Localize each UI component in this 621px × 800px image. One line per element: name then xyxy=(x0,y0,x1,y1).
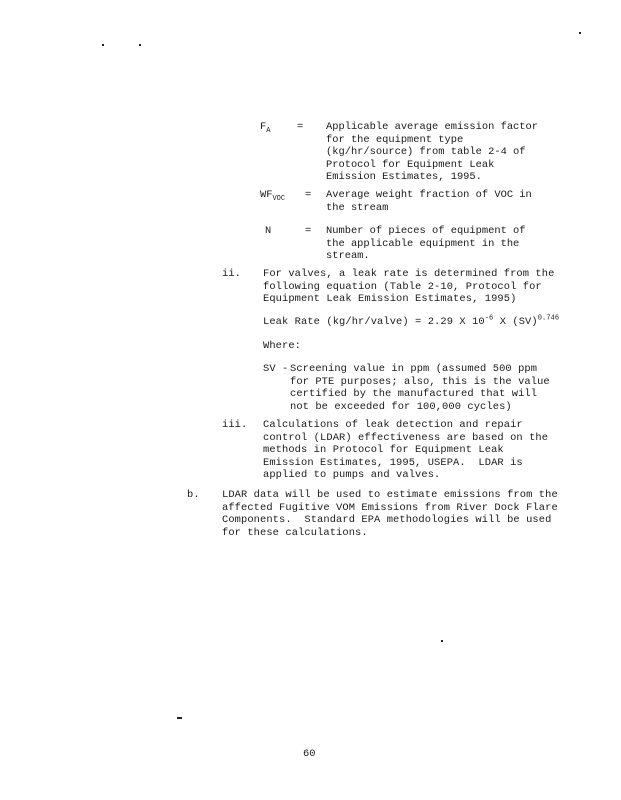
paragraph-valves: For valves, a leak rate is determined fr… xyxy=(263,268,554,306)
definition-equals: = xyxy=(305,225,311,238)
definition-text-n: Number of pieces of equipment ofthe appl… xyxy=(326,225,526,263)
paragraph-ldar: Calculations of leak detection and repai… xyxy=(263,419,548,482)
definition-symbol-n: N xyxy=(265,225,271,238)
scan-speck xyxy=(579,32,581,34)
where-label: Where: xyxy=(263,340,301,353)
definition-text-wfvoc: Average weight fraction of VOC inthe str… xyxy=(326,189,532,214)
scan-speck xyxy=(102,44,104,46)
paragraph-ldar-data: LDAR data will be used to estimate emiss… xyxy=(222,489,558,539)
list-marker-b: b. xyxy=(187,489,200,502)
definition-symbol-wfvoc: WFVOC xyxy=(260,189,285,202)
definition-equals: = xyxy=(297,121,303,134)
leak-rate-equation: Leak Rate (kg/hr/valve) = 2.29 X 10-6 X … xyxy=(263,316,559,329)
list-marker-iii: iii. xyxy=(222,419,247,432)
page-number: 60 xyxy=(303,748,315,760)
list-marker-ii: ii. xyxy=(222,268,241,281)
scan-speck xyxy=(177,717,182,719)
sv-definition: Screening value in ppm (assumed 500 ppmf… xyxy=(290,363,550,413)
sv-symbol: SV - xyxy=(263,363,288,376)
definition-equals: = xyxy=(305,189,311,202)
scan-speck xyxy=(441,640,443,642)
definition-symbol-fa: FA xyxy=(260,121,270,134)
scan-speck xyxy=(139,44,141,46)
definition-text-fa: Applicable average emission factorfor th… xyxy=(326,121,538,184)
document-page: FA = Applicable average emission factorf… xyxy=(0,0,621,800)
